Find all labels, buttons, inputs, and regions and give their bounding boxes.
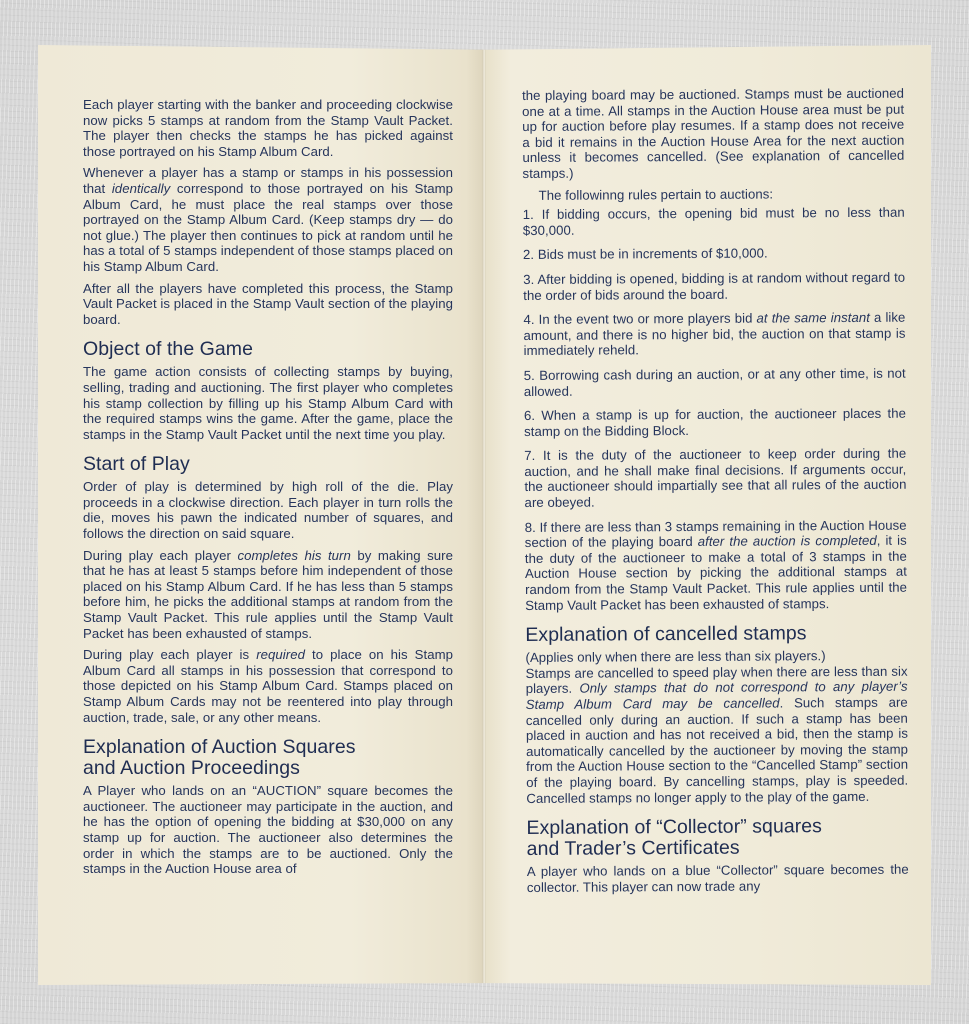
start-paragraph-1: Order of play is determined by high roll… [83, 479, 453, 541]
object-heading: Object of the Game [83, 339, 453, 360]
object-paragraph: The game action consists of collecting s… [83, 364, 453, 442]
auction-rule-6: 6. When a stamp is up for auction, the a… [524, 406, 906, 440]
auction-rule-7: 7. It is the duty of the auctioneer to k… [524, 446, 906, 511]
emphasis: after the auction is completed [698, 533, 877, 549]
heading-line: Explanation of “Collector” squares [526, 815, 822, 839]
rules-leaflet: Each player starting with the banker and… [38, 45, 931, 985]
heading-line: Explanation of Auction Squares [83, 736, 356, 758]
emphasis: completes his turn [237, 548, 350, 563]
heading-line: and Auction Proceedings [83, 757, 300, 779]
emphasis: required [256, 647, 305, 662]
auction-rule-5: 5. Borrowing cash during an auction, or … [524, 366, 906, 400]
start-paragraph-2: During play each player completes his tu… [83, 548, 453, 642]
page-fold [482, 45, 486, 985]
auction-rule-2: 2. Bids must be in increments of $10,000… [523, 245, 905, 263]
auction-rule-1: 1. If bidding occurs, the opening bid mu… [523, 205, 905, 239]
intro-paragraph-2: Whenever a player has a stamp or stamps … [83, 165, 453, 274]
start-heading: Start of Play [83, 454, 453, 475]
intro-paragraph-3: After all the players have completed thi… [83, 281, 453, 328]
rules-intro: The followinng rules pertain to auctions… [523, 185, 905, 203]
collector-heading: Explanation of “Collector” squaresand Tr… [526, 816, 908, 860]
right-column: the playing board may be auctioned. Stam… [522, 86, 909, 902]
continuation-paragraph: the playing board may be auctioned. Stam… [522, 86, 905, 182]
text-span: During play each player is [83, 647, 256, 662]
cancelled-paragraph: Stamps are cancelled to speed play when … [526, 663, 909, 806]
emphasis: at the same instant [756, 310, 870, 326]
text-span: 4. In the event two or more players bid [523, 311, 756, 327]
emphasis: identically [112, 181, 170, 196]
auction-heading: Explanation of Auction Squaresand Auctio… [83, 737, 453, 779]
collector-paragraph: A player who lands on a blue “Collector”… [527, 862, 909, 896]
left-column: Each player starting with the banker and… [83, 97, 453, 883]
heading-line: and Trader’s Certificates [527, 837, 740, 860]
cancelled-heading: Explanation of cancelled stamps [525, 623, 907, 646]
auction-rule-3: 3. After bidding is opened, bidding is a… [523, 270, 905, 304]
auction-paragraph: A Player who lands on an “AUCTION” squar… [83, 783, 453, 877]
text-span: . Such stamps are cancelled only during … [526, 695, 908, 806]
text-span: During play each player [83, 548, 237, 563]
auction-rule-8: 8. If there are less than 3 stamps remai… [525, 517, 908, 613]
start-paragraph-3: During play each player is required to p… [83, 647, 453, 725]
intro-paragraph-1: Each player starting with the banker and… [83, 97, 453, 159]
auction-rule-4: 4. In the event two or more players bid … [523, 310, 905, 359]
